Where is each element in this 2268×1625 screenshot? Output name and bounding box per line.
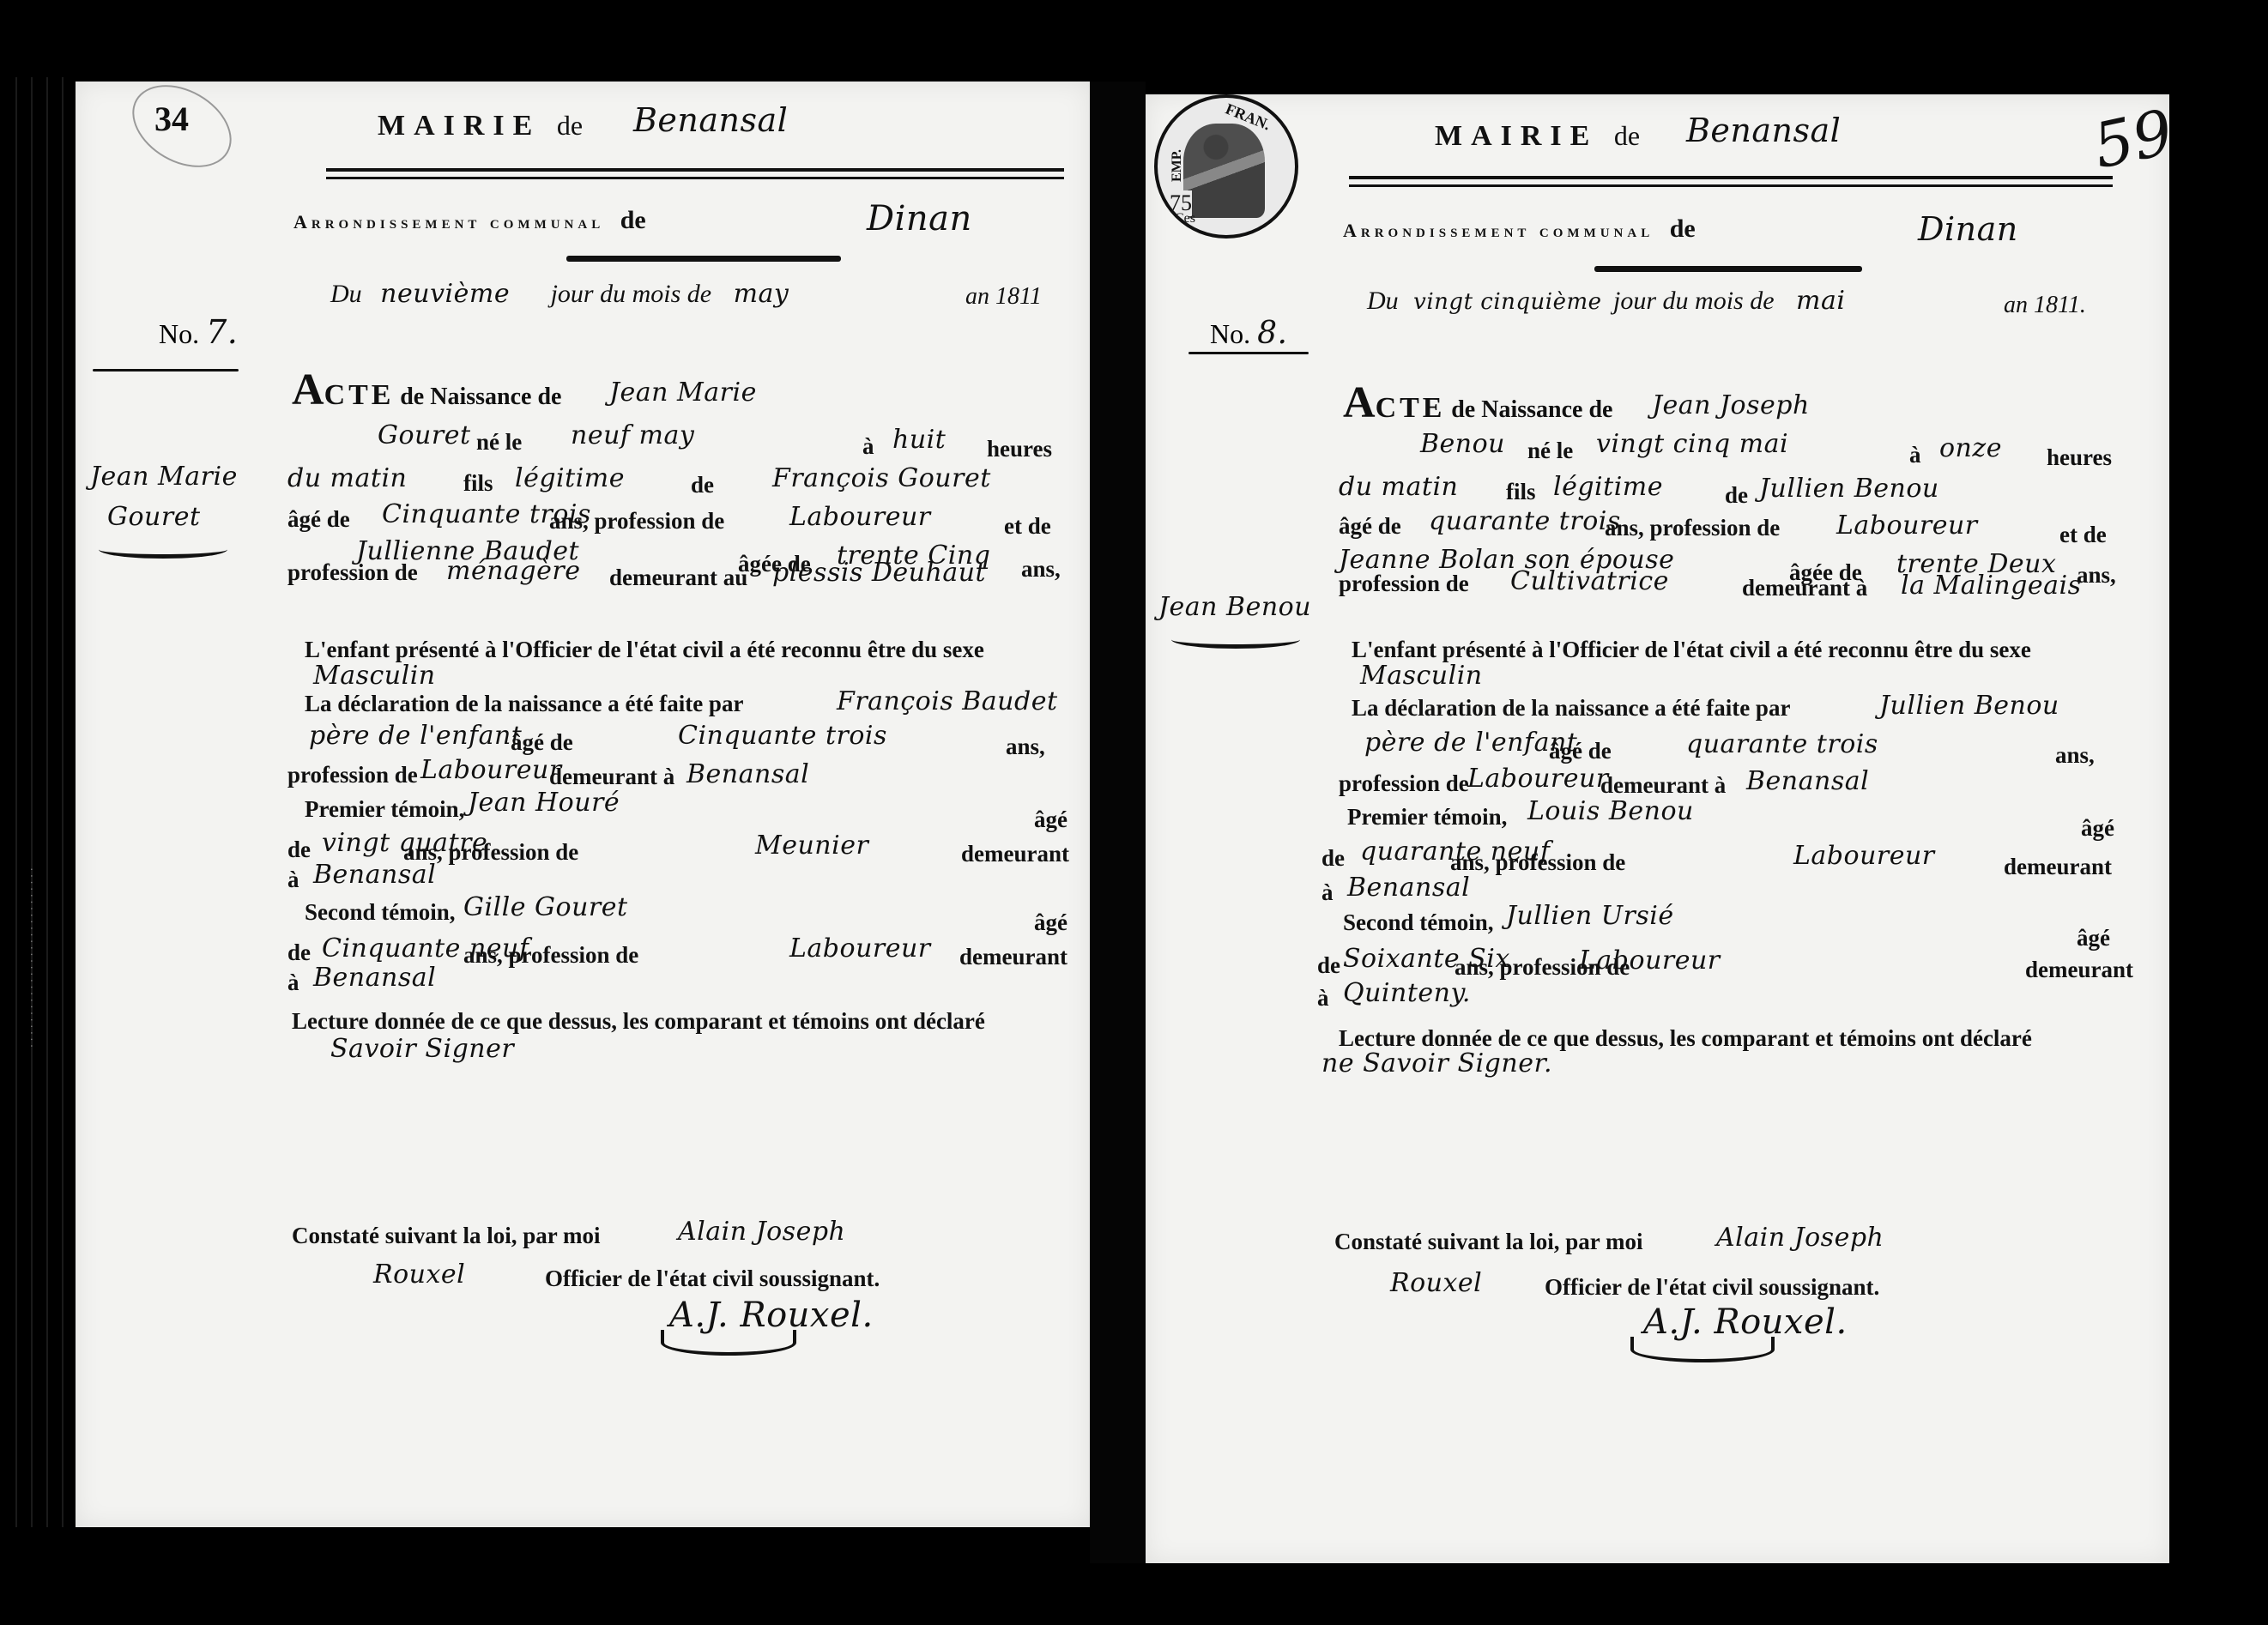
- ne-le-label: né le: [476, 429, 522, 456]
- stamp-side-text: EMP.: [1170, 149, 1185, 182]
- declaration-text-right: La déclaration de la naissance a été fai…: [1352, 695, 1790, 722]
- child-surname-right: Benou: [1420, 429, 1505, 459]
- ans-label-right: ans,: [2077, 562, 2116, 589]
- acte-initial: A: [292, 365, 324, 414]
- premier-residence-right: Benansal: [1347, 873, 1470, 903]
- ne-le-label-right: né le: [1527, 438, 1573, 464]
- premier-de-label-right: de: [1321, 845, 1345, 872]
- naissance-de-label-right: de Naissance de: [1451, 396, 1612, 423]
- act-number-value: 7.: [206, 313, 238, 351]
- declarant-profession-label: profession de: [287, 762, 418, 788]
- premier-age-label-right: âgé: [2081, 815, 2114, 842]
- date-year-right: an 1811.: [2004, 292, 2086, 319]
- ans-label: ans,: [1021, 556, 1061, 583]
- fils-label: fils: [463, 470, 493, 497]
- header-double-rule-right: [1349, 176, 2113, 187]
- sexe-value-right: Masculin: [1360, 661, 1483, 691]
- header-short-rule: [566, 256, 841, 262]
- filiation-right: légitime: [1553, 472, 1663, 502]
- premier-demeurant-label-right: demeurant: [2004, 854, 2112, 880]
- mairie-de: de: [557, 110, 583, 141]
- officer-last-name: Rouxel: [373, 1260, 465, 1290]
- declarant-name-right: Jullien Benou: [1879, 691, 2059, 721]
- declarant-age: Cinquante trois: [678, 721, 887, 751]
- premier-temoin-name-right: Louis Benou: [1527, 796, 1694, 826]
- ans-profession-label: ans, profession de: [549, 508, 724, 535]
- declaration-text: La déclaration de la naissance a été fai…: [305, 691, 743, 717]
- arrondissement-heading: Arrondissement communal de: [293, 206, 646, 235]
- premier-demeurant-label: demeurant: [961, 841, 1069, 867]
- date-day-right: vingt cinquième: [1413, 289, 1601, 315]
- heures-label-right: heures: [2047, 444, 2112, 471]
- second-de-label: de: [287, 939, 311, 966]
- declarant-demeurant-label-right: demeurant à: [1600, 772, 1726, 799]
- time-of-day-right: du matin: [1339, 472, 1458, 502]
- date-month: may: [734, 279, 789, 309]
- filiation: légitime: [515, 463, 625, 493]
- mother-profession-right: Cultivatrice: [1510, 566, 1669, 596]
- second-residence-right: Quinteny.: [1343, 978, 1471, 1008]
- mairie-heading-right: MAIRIE de: [1435, 120, 1640, 153]
- date-mid: jour du mois de: [551, 280, 712, 308]
- father-name: François Gouret: [772, 463, 991, 493]
- second-age-label: âgé: [1034, 909, 1067, 936]
- arrondissement-name: Dinan: [867, 199, 972, 239]
- time-of-day: du matin: [287, 463, 407, 493]
- fils-label-right: fils: [1506, 479, 1536, 505]
- act-number-underline-right: [1188, 352, 1309, 354]
- arrondissement-de: de: [620, 206, 646, 234]
- father-name-right: Jullien Benou: [1759, 474, 1939, 504]
- age-de-label-right: âgé de: [1339, 513, 1401, 540]
- declarant-age-label-right: âgé de: [1549, 738, 1612, 764]
- margin-note-brace: [99, 541, 227, 559]
- second-temoin-label-right: Second témoin,: [1343, 909, 1494, 936]
- mairie-name-right: Benansal: [1686, 112, 1841, 149]
- second-temoin-name-right: Jullien Ursié: [1506, 901, 1674, 931]
- arrondissement-heading-right: Arrondissement communal de: [1343, 214, 1696, 244]
- residence: plessis Deuhaut: [772, 558, 986, 588]
- declarant-demeurant-label: demeurant à: [549, 764, 674, 790]
- arrondissement-name-right: Dinan: [1918, 210, 2018, 248]
- father-age-right: quarante trois: [1429, 506, 1621, 536]
- premier-residence: Benansal: [313, 860, 436, 890]
- acte-rest: CTE: [324, 379, 395, 411]
- sexe-value: Masculin: [313, 661, 436, 691]
- page-gutter: [1090, 82, 1146, 1563]
- ans-profession-label-right: ans, profession de: [1605, 515, 1780, 541]
- birth-date-right: vingt cinq mai: [1596, 429, 1788, 459]
- second-profession: Laboureur: [789, 933, 931, 964]
- stamp-unit: Ces: [1175, 211, 1195, 227]
- date-mid-right: jour du mois de: [1613, 287, 1775, 315]
- premier-profession: Meunier: [755, 831, 868, 861]
- second-a-label: à: [287, 970, 299, 996]
- arrondissement-de-right: de: [1670, 214, 1696, 243]
- et-de-label: et de: [1004, 513, 1051, 540]
- margin-note-brace-right: [1171, 631, 1300, 649]
- act-number-value-right: 8.: [1257, 316, 1287, 351]
- date-prefix-right: Du: [1367, 287, 1399, 315]
- mairie-name: Benansal: [633, 101, 788, 139]
- signature-flourish-right: [1630, 1337, 1775, 1362]
- a-label: à: [862, 433, 874, 460]
- margin-note-name: Jean Marie: [90, 462, 238, 492]
- de-label: de: [691, 472, 714, 498]
- date-prefix: Du: [330, 280, 362, 308]
- child-surname: Gouret: [378, 420, 471, 450]
- declarant-name: François Baudet: [837, 686, 1058, 716]
- declarant-profession-label-right: profession de: [1339, 770, 1469, 797]
- premier-a-label-right: à: [1321, 879, 1334, 906]
- father-profession: Laboureur: [789, 502, 931, 532]
- demeurant-label: demeurant au: [609, 565, 747, 591]
- declarant-residence: Benansal: [686, 759, 809, 789]
- tax-stamp: FRAN. EMP. 75 Ces: [1154, 94, 1298, 239]
- header-short-rule-right: [1594, 266, 1862, 272]
- father-profession-right: Laboureur: [1836, 510, 1978, 541]
- date-year: an 1811: [965, 283, 1042, 311]
- enfant-presente-text-right: L'enfant présenté à l'Officier de l'état…: [1352, 637, 2031, 663]
- acte-heading: ACTE de Naissance de: [292, 365, 561, 415]
- premier-temoin-name: Jean Houré: [468, 788, 620, 818]
- act-number-right: No. 8.: [1210, 316, 1287, 351]
- mairie-de-right: de: [1614, 120, 1640, 151]
- profession-de-label-right: profession de: [1339, 571, 1469, 597]
- declarant-ans: ans,: [1006, 734, 1045, 760]
- second-a-label-right: à: [1317, 985, 1329, 1012]
- lecture-text: Lecture donnée de ce que dessus, les com…: [292, 1008, 985, 1035]
- declarant-age-label: âgé de: [511, 729, 573, 756]
- declarant-profession-right: Laboureur: [1467, 764, 1609, 794]
- premier-temoin-label-right: Premier témoin,: [1347, 804, 1507, 831]
- date-day: neuvième: [380, 279, 510, 309]
- acte-heading-right: ACTE de Naissance de: [1343, 378, 1612, 428]
- mairie-label: MAIRIE: [378, 110, 541, 142]
- premier-age-label: âgé: [1034, 806, 1067, 833]
- premier-profession-right: Laboureur: [1793, 841, 1935, 871]
- date-line-right: Du vingt cinquième jour du mois de mai: [1367, 286, 1845, 316]
- second-age-label-right: âgé: [2077, 925, 2110, 951]
- de-label-right: de: [1725, 482, 1748, 509]
- premier-temoin-label: Premier témoin,: [305, 796, 464, 823]
- premier-ans-prof-label-right: ans, profession de: [1450, 849, 1625, 876]
- second-temoin-name: Gille Gouret: [463, 892, 628, 922]
- stamp-figure-icon: [1183, 124, 1265, 218]
- age-de-label: âgé de: [287, 506, 350, 533]
- demeurant-label-right: demeurant à: [1742, 575, 1867, 601]
- date-line: Du neuvième jour du mois de may: [330, 279, 789, 309]
- a-label-right: à: [1909, 442, 1921, 468]
- second-ans-prof-label: ans, profession de: [463, 942, 638, 969]
- premier-a-label: à: [287, 867, 299, 893]
- declarant-relation: père de l'enfant: [309, 721, 522, 751]
- birth-hour: huit: [892, 425, 946, 455]
- officer-first-names: Alain Joseph: [678, 1217, 845, 1247]
- declarant-ans-right: ans,: [2055, 742, 2095, 769]
- et-de-label-right: et de: [2059, 522, 2107, 548]
- second-profession-right: Laboureur: [1579, 945, 1721, 976]
- margin-note-name-right: Jean Benou: [1158, 592, 1311, 622]
- margin-note-surname: Gouret: [107, 502, 201, 532]
- corner-mark-number: 34: [154, 99, 189, 139]
- constate-text: Constaté suivant la loi, par moi: [292, 1223, 601, 1249]
- declarant-profession: Laboureur: [420, 755, 562, 785]
- binding-strip-text: ............................: [28, 867, 39, 1049]
- heures-label: heures: [987, 436, 1052, 462]
- enfant-presente-text: L'enfant présenté à l'Officier de l'état…: [305, 637, 984, 663]
- declarant-relation-right: père de l'enfant: [1364, 728, 1577, 758]
- child-first-names-right: Jean Joseph: [1652, 390, 1810, 420]
- act-number-label: No.: [159, 318, 199, 349]
- act-number-underline: [93, 369, 239, 372]
- date-month-right: mai: [1796, 286, 1845, 316]
- mairie-heading: MAIRIE de: [378, 110, 583, 142]
- signature-flourish: [661, 1330, 796, 1356]
- header-double-rule: [326, 168, 1064, 179]
- arrondissement-label: Arrondissement communal: [293, 211, 604, 233]
- book-binding-strip: ............................: [7, 77, 69, 1527]
- naissance-de-label: de Naissance de: [400, 384, 561, 410]
- birth-hour-right: onze: [1939, 433, 2002, 463]
- residence-right: la Malingeais: [1901, 571, 2081, 601]
- constate-text-right: Constaté suivant la loi, par moi: [1334, 1229, 1643, 1255]
- officer-last-name-right: Rouxel: [1390, 1268, 1482, 1298]
- child-first-names: Jean Marie: [609, 378, 757, 408]
- profession-de-label: profession de: [287, 559, 418, 586]
- officier-label-right: Officier de l'état civil soussignant.: [1545, 1274, 1879, 1301]
- officier-label: Officier de l'état civil soussignant.: [545, 1266, 880, 1292]
- act-number-label-right: No.: [1210, 318, 1250, 349]
- mairie-label-right: MAIRIE: [1435, 120, 1598, 152]
- acte-initial-right: A: [1343, 378, 1376, 427]
- second-demeurant-label-right: demeurant: [2025, 957, 2133, 983]
- lecture-result-right: ne Savoir Signer.: [1321, 1048, 1552, 1078]
- arrondissement-label-right: Arrondissement communal: [1343, 220, 1654, 241]
- act-number: No. 7.: [159, 313, 238, 351]
- officer-first-names-right: Alain Joseph: [1716, 1223, 1884, 1253]
- second-de-label-right: de: [1317, 952, 1340, 979]
- second-temoin-label: Second témoin,: [305, 899, 456, 926]
- second-demeurant-label: demeurant: [959, 944, 1067, 970]
- declarant-age-right: quarante trois: [1686, 729, 1878, 759]
- declarant-residence-right: Benansal: [1746, 766, 1869, 796]
- acte-rest-right: CTE: [1376, 392, 1446, 424]
- mother-profession: ménagère: [446, 556, 580, 586]
- premier-de-label: de: [287, 837, 311, 863]
- birth-date: neuf may: [571, 420, 694, 450]
- lecture-result: Savoir Signer: [330, 1034, 514, 1064]
- second-residence: Benansal: [313, 963, 436, 993]
